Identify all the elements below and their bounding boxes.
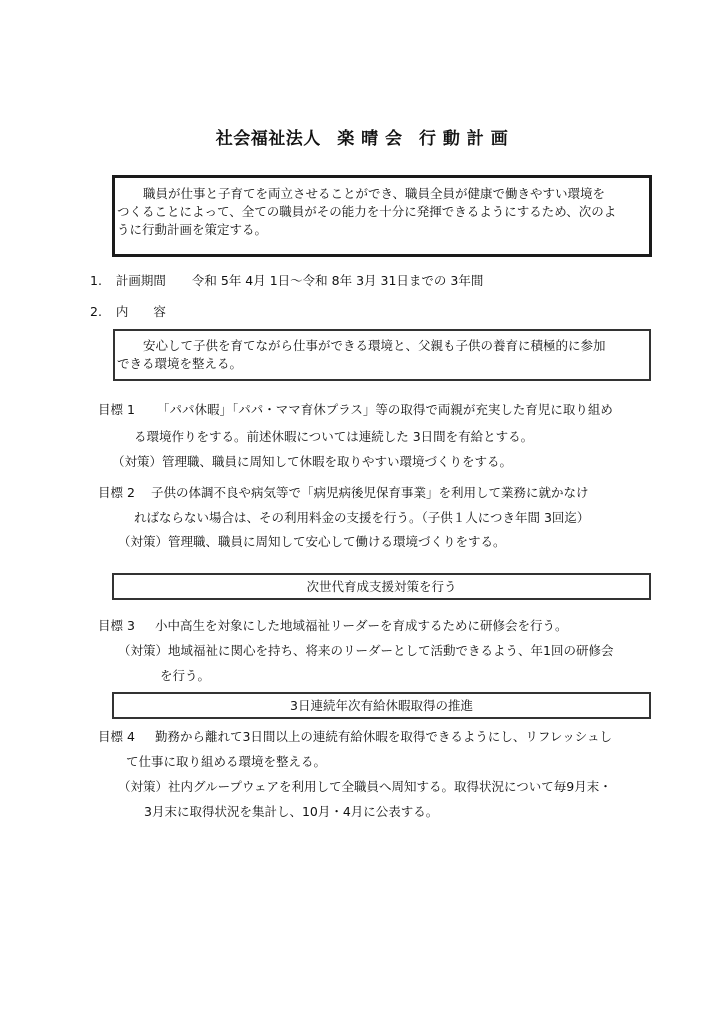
goal-3-measure-2: を行う。 (160, 667, 210, 685)
goal-4-measure-2: 3月末に取得状況を集計し、10月・4月に公表する。 (144, 803, 438, 821)
title-org-name-3: 会 (385, 129, 403, 149)
intro-line-1: 職員が仕事と子育てを両立させることができ、職員全員が健康で働きやすい環境を (117, 185, 647, 203)
period-number: 1. (90, 273, 102, 288)
intro-box: 職員が仕事と子育てを両立させることができ、職員全員が健康で働きやすい環境を つく… (112, 175, 652, 257)
content-number: 2. (90, 304, 102, 319)
period-value: 令和 5年 4月 1日～令和 8年 3月 31日までの 3年間 (192, 273, 483, 288)
goal-2-label: 目標 2 (98, 485, 135, 500)
section-consecutive-leave-label: 3日連続年次有給休暇取得の推進 (290, 698, 473, 713)
content-text-1: 安心して子供を育てながら仕事ができる環境と、父親も子供の養育に積極的に参加 (143, 338, 606, 353)
content-label: 内 容 (116, 304, 166, 319)
content-box: 安心して子供を育てながら仕事ができる環境と、父親も子供の養育に積極的に参加 でき… (113, 329, 651, 381)
content-heading: 2. 内 容 (90, 303, 166, 321)
document-title: 社会福祉法人 楽 晴 会 行 動 計 画 (0, 124, 724, 149)
section-next-generation-label: 次世代育成支援対策を行う (306, 579, 456, 594)
section-consecutive-leave: 3日連続年次有給休暇取得の推進 (112, 692, 651, 719)
goal-4-line-1: 勤務から離れて3日間以上の連続有給休暇を取得できるようにし、リフレッシュし (155, 729, 612, 744)
goal-4-measure-1: （対策）社内グループウェアを利用して全職員へ周知する。取得状況について毎9月末・ (118, 778, 612, 796)
goal-3-line-1: 小中高生を対象にした地域福祉リーダーを育成するために研修会を行う。 (155, 618, 568, 633)
title-word-3: 計 (467, 129, 485, 149)
goal-4-line-2: て仕事に取り組める環境を整える。 (126, 753, 326, 771)
title-word-1: 行 (419, 129, 437, 149)
goal-1-measure: （対策）管理職、職員に周知して休暇を取りやすい環境づくりをする。 (112, 453, 512, 471)
title-word-4: 画 (491, 129, 509, 149)
content-line-1: 安心して子供を育てながら仕事ができる環境と、父親も子供の養育に積極的に参加 (117, 337, 647, 355)
goal-3-label: 目標 3 (98, 618, 135, 633)
intro-text-1: 職員が仕事と子育てを両立させることができ、職員全員が健康で働きやすい環境を (143, 186, 605, 201)
goal-2-measure: （対策）管理職、職員に周知して安心して働ける環境づくりをする。 (118, 533, 506, 551)
goal-1-line-2: る環境作りをする。前述休暇については連続した 3日間を有給とする。 (134, 428, 533, 446)
goal-2-line-2: ればならない場合は、その利用料金の支援を行う。（子供１人につき年間 3回迄） (134, 509, 589, 527)
title-org-name-1: 楽 (337, 129, 355, 149)
plan-period: 1. 計画期間 令和 5年 4月 1日～令和 8年 3月 31日までの 3年間 (90, 272, 483, 290)
goal-2: 目標 2子供の体調不良や病気等で「病児病後児保育事業」を利用して業務に就かなけ (98, 484, 588, 502)
goal-1-line-1: 「パパ休暇」「パパ・ママ育休プラス」等の取得で両親が充実した育児に取り組め (157, 402, 613, 417)
section-next-generation: 次世代育成支援対策を行う (112, 573, 651, 600)
title-word-2: 動 (443, 129, 461, 149)
goal-3-measure-1: （対策）地域福祉に関心を持ち、将来のリーダーとして活動できるよう、年1回の研修会 (118, 642, 613, 660)
goal-4-label: 目標 4 (98, 729, 135, 744)
title-org-name-2: 晴 (361, 129, 379, 149)
goal-1-label: 目標 1 (98, 402, 135, 417)
goal-1: 目標 1「パパ休暇」「パパ・ママ育休プラス」等の取得で両親が充実した育児に取り組… (98, 401, 613, 419)
intro-line-3: うに行動計画を策定する。 (117, 221, 647, 239)
goal-4: 目標 4勤務から離れて3日間以上の連続有給休暇を取得できるようにし、リフレッシュ… (98, 728, 612, 746)
title-org-type: 社会福祉法人 (216, 129, 321, 149)
period-label: 計画期間 (116, 273, 166, 288)
intro-line-2: つくることによって、全ての職員がその能力を十分に発揮できるようにするため、次のよ (117, 203, 647, 221)
goal-3: 目標 3小中高生を対象にした地域福祉リーダーを育成するために研修会を行う。 (98, 617, 567, 635)
goal-2-line-1: 子供の体調不良や病気等で「病児病後児保育事業」を利用して業務に就かなけ (151, 485, 589, 500)
content-line-2: できる環境を整える。 (117, 355, 647, 373)
